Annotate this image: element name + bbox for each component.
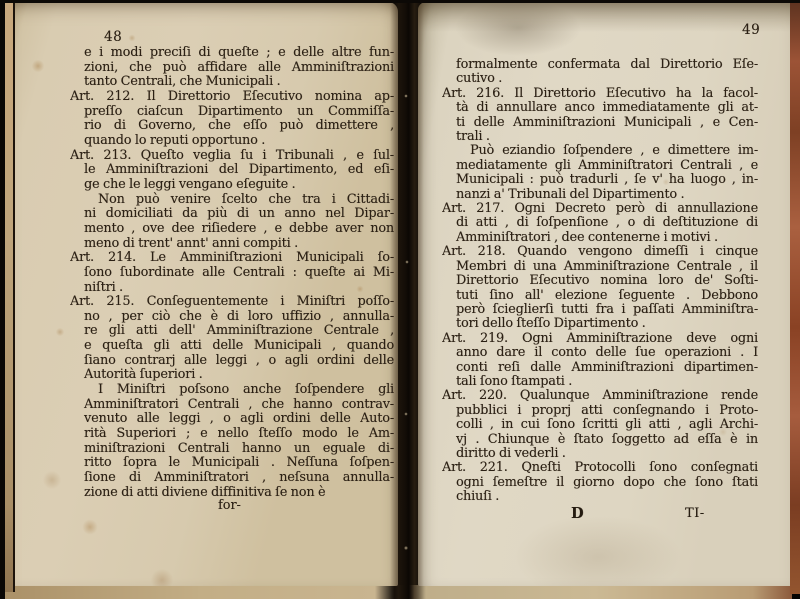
text-line: zioni, che può affidare alle Amminiſtraz… (70, 61, 394, 76)
text-line: tanto Centrali, che Municipali . (70, 75, 394, 90)
text-line: Art. 213. Queſto veglia ſu i Tribunali ,… (70, 149, 394, 164)
text-line: vj . Chiunque è ſtato ſoggetto ad eſſa è… (442, 433, 758, 447)
text-line: Direttorio Eſecutivo nomina loro de' Soſ… (442, 274, 758, 288)
text-line: meno di trent' annt' anni compiti . (70, 237, 394, 252)
text-line: no , per ciò che è di loro uffizio , ann… (70, 310, 394, 325)
page-number-right: 49 (742, 22, 760, 38)
signature-mark: D (571, 505, 585, 522)
text-line: miniſtrazioni Centrali hanno un eguale d… (70, 442, 394, 457)
page-edge-left (4, 2, 15, 592)
text-line: nanzi a' Tribunali del Dipartimento . (442, 188, 758, 202)
text-line: tuti ſino all' elezione ſeguente . Debbo… (442, 289, 758, 303)
text-line: conti reſi dalle Amminiſtrazioni diparti… (442, 361, 758, 375)
text-line: Art. 221. Qneſti Protocolli ſono conſegn… (442, 461, 758, 475)
text-line: tà di annullare anco immediatamente gli … (442, 101, 758, 115)
right-page-text-column: formalmente confermata dal Direttorio Eſ… (442, 58, 758, 505)
text-line: Autorità ſuperiori . (70, 368, 394, 383)
text-line: Art. 220. Qualunque Amminiſtrazione rend… (442, 389, 758, 403)
text-line: ni domiciliati da più di un anno nel Dip… (70, 207, 394, 222)
text-line: cutivo . (442, 72, 758, 86)
text-line: Art. 215. Conſeguentemente i Miniſtri po… (70, 295, 394, 310)
text-line: ti delle Amminiſtrazioni Municipali , e … (442, 116, 758, 130)
text-line: tori dello ſteſſo Dipartimento . (442, 317, 758, 331)
text-line: ritto ſopra le Municipali . Neſſuna ſoſp… (70, 456, 394, 471)
text-line: ge che le leggi vengano eſeguite . (70, 178, 394, 193)
right-page: 49 formalmente confermata dal Direttorio… (418, 2, 792, 586)
text-line: Membri di una Amminiſtrazione Centrale ,… (442, 260, 758, 274)
top-edge (0, 0, 800, 3)
text-line: colli , in cui ſono ſcritti gli atti , a… (442, 418, 758, 432)
text-line: rità Superiori ; e nello ſteſſo modo le … (70, 427, 394, 442)
text-line: pubblici i proprj atti conſegnando i Pro… (442, 404, 758, 418)
book-scan: 48 e i modi preciſi di queſte ; e delle … (0, 0, 800, 599)
text-line: anno dare il conto delle ſue operazioni … (442, 346, 758, 360)
text-line: Può eziandio ſoſpendere , e dimettere im… (442, 144, 758, 158)
left-page: 48 e i modi preciſi di queſte ; e delle … (12, 2, 398, 586)
text-line: Art. 214. Le Amminiſtrazioni Municipali … (70, 251, 394, 266)
spine-edge (0, 0, 5, 599)
signature-line: D TI- (418, 505, 792, 525)
catchword-right: TI- (685, 506, 705, 521)
text-line: ſono ſubordinate alle Centrali : queſte … (70, 266, 394, 281)
text-line: Art. 212. Il Direttorio Eſecutivo nomina… (70, 90, 394, 105)
text-line: formalmente confermata dal Direttorio Eſ… (442, 58, 758, 72)
text-line: ſione di Amminiſtratori , neſsuna annull… (70, 471, 394, 486)
text-line: I Miniſtri poſsono anche ſoſpendere gli (70, 383, 394, 398)
book-gutter (390, 0, 424, 599)
text-line: Amminiſtratori , dee contenerne i motivi… (442, 231, 758, 245)
text-line: e queſta gli atti delle Municipali , qua… (70, 339, 394, 354)
text-line: Art. 219. Ogni Amminiſtrazione deve ogni (442, 332, 758, 346)
text-line: diritto di vederli . (442, 447, 758, 461)
text-line: venuto alle leggi , o agli ordini delle … (70, 412, 394, 427)
catchword-left: for- (218, 498, 241, 513)
text-line: le Amminiſtrazioni del Dipartimento, ed … (70, 163, 394, 178)
page-number-left: 48 (104, 29, 122, 45)
text-line: niſtri . (70, 281, 394, 296)
text-line: però ſcieglierſi tutti fra i paſſati Amm… (442, 303, 758, 317)
text-line: re gli atti dell' Amminiſtrazione Centra… (70, 324, 394, 339)
text-line: ogni ſemeſtre il giorno dopo che ſono ſt… (442, 476, 758, 490)
text-line: Art. 217. Ogni Decreto però di annullazi… (442, 202, 758, 216)
text-line: quando lo reputi opportuno . (70, 134, 394, 149)
text-line: tali ſono ſtampati . (442, 375, 758, 389)
fore-edge-right (790, 2, 800, 594)
left-page-text-column: e i modi preciſi di queſte ; e delle alt… (70, 46, 394, 500)
text-line: mento , ove dee riſiedere , e debbe aver… (70, 222, 394, 237)
text-line: Art. 218. Quando vengono dimeſſi i cinqu… (442, 245, 758, 259)
text-line: Amminiſtratori Centrali , che hanno cont… (70, 398, 394, 413)
text-line: e i modi preciſi di queſte ; e delle alt… (70, 46, 394, 61)
text-line: Municipali : può tradurli , ſe v' ha luo… (442, 173, 758, 187)
text-line: di atti , di ſoſpenſione , o di deſtituz… (442, 216, 758, 230)
text-line: rio di Governo, che eſſo può dimettere , (70, 119, 394, 134)
text-line: chiuſi . (442, 490, 758, 504)
